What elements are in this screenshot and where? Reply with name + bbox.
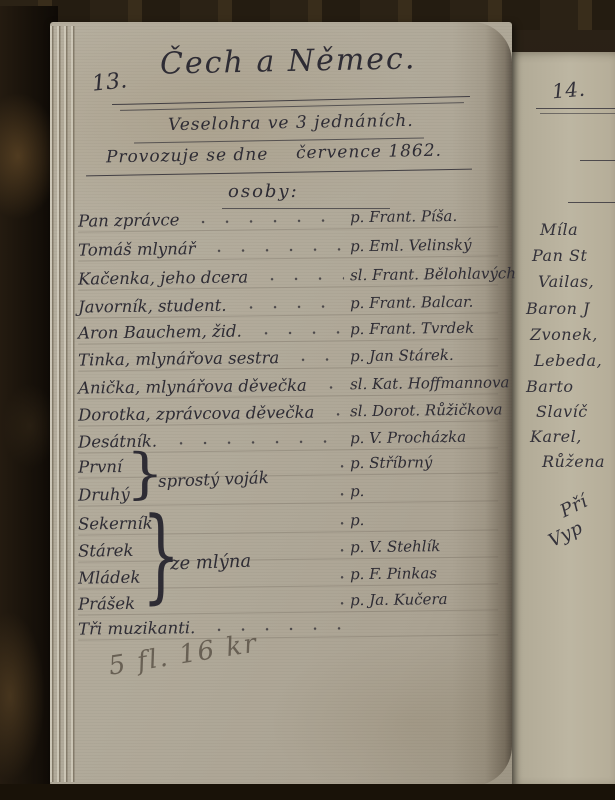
right-page-fragment: Vyp	[545, 517, 586, 551]
dotted-leader	[330, 464, 344, 468]
actor-name: p. Eml. Velinský	[350, 238, 498, 258]
dotted-leader	[330, 548, 344, 552]
dotted-leader	[207, 626, 344, 632]
right-page-fragment: Růžena	[542, 452, 605, 471]
right-page-number: 14.	[551, 77, 586, 104]
actor-name: p. Stříbrný	[350, 455, 498, 475]
right-page-fragment: Míla	[540, 220, 578, 239]
dotted-leader	[319, 385, 344, 389]
actor-name: p.	[350, 483, 498, 503]
dotted-leader	[326, 412, 344, 416]
actor-name: sl. Dorot. Růžičkova	[350, 403, 498, 423]
dotted-leader	[207, 247, 344, 253]
role-name: Dorotka, zprávcova děvečka	[78, 403, 315, 425]
dotted-leader	[330, 575, 344, 579]
dotted-leader	[330, 601, 344, 605]
cast-heading: osoby:	[228, 181, 299, 202]
actor-name: p. Frant. Píša.	[350, 209, 498, 229]
right-page-fragment: Karel,	[530, 427, 582, 446]
cast-row: Tinka, mlynářova sestrap. Jan Stárek.	[78, 339, 498, 371]
rule-line	[568, 202, 615, 203]
actor-name: sl. Frant. Bělohlavých	[350, 267, 498, 287]
actor-name: p. Frant. Balcar.	[350, 295, 498, 315]
right-page-fragment: Lebeda,	[534, 351, 602, 370]
dotted-leader	[254, 330, 344, 335]
play-title: Čech a Němec.	[160, 41, 417, 81]
performance-date: července 1862.	[296, 141, 442, 164]
dotted-leader	[260, 276, 344, 281]
cast-row: Pan zprávcep. Frant. Píša.	[78, 200, 498, 232]
dotted-leader	[191, 218, 344, 224]
rule-line	[580, 160, 615, 161]
dotted-leader	[239, 304, 344, 309]
dotted-leader	[330, 521, 344, 525]
role-name: Tomáš mlynář	[78, 240, 196, 261]
right-page-fragment: Zvonek,	[530, 325, 598, 344]
actor-name: p.	[350, 512, 498, 532]
dotted-leader	[330, 492, 344, 496]
book-photo: 14. Míla Pan St Vailas, Baron J Zvonek, …	[0, 0, 615, 800]
rule-line	[536, 108, 615, 109]
book-bottom-edge	[0, 784, 615, 800]
right-page-fragment: Baron J	[526, 299, 590, 318]
role-name: Tinka, mlynářova sestra	[78, 349, 279, 371]
actor-name: sl. Kat. Hoffmannova	[350, 376, 498, 396]
actor-name: p. V. Stehlík	[350, 539, 498, 559]
actor-name: p. F. Pinkas	[350, 566, 498, 586]
mill-group-label: ze mlýna	[170, 551, 252, 575]
actor-name: p. Frant. Tvrdek	[350, 321, 498, 341]
role-name: Pan zprávce	[78, 211, 180, 232]
page-stack-edges	[50, 26, 76, 782]
role-name: Javorník, student.	[78, 296, 227, 317]
cast-row: Kačenka, jeho dcerasl. Frant. Bělohlavýc…	[78, 258, 498, 290]
right-page-fragment: Pan St	[532, 246, 587, 265]
dotted-leader	[169, 439, 344, 445]
performance-prefix: Provozuje se dne	[106, 145, 269, 168]
right-page-fragment: Vailas,	[538, 272, 594, 291]
right-page-fragment: Slavíč	[536, 402, 588, 421]
play-subtitle: Veselohra ve 3 jednáních.	[168, 111, 414, 135]
actor-name	[350, 632, 498, 636]
cast-row: Tomáš mlynářp. Eml. Velinský	[78, 229, 498, 261]
right-page-fragment: Barto	[526, 377, 574, 396]
rule-line	[540, 113, 615, 114]
soldiers-group-label: sprostý voják	[158, 468, 269, 491]
role-name: Sekerník	[78, 512, 318, 534]
dotted-leader	[291, 357, 344, 362]
role-name: Tři muzikanti.	[78, 619, 196, 640]
role-name: Aron Bauchem, žid.	[78, 322, 242, 343]
role-name: Anička, mlynářova děvečka	[78, 376, 307, 398]
role-name: Kačenka, jeho dcera	[78, 268, 248, 289]
cast-row: Tři muzikanti.	[78, 608, 498, 640]
page-number: 13.	[91, 68, 128, 97]
actor-name: p. Jan Stárek.	[350, 348, 498, 368]
right-page: 14. Míla Pan St Vailas, Baron J Zvonek, …	[502, 52, 615, 788]
